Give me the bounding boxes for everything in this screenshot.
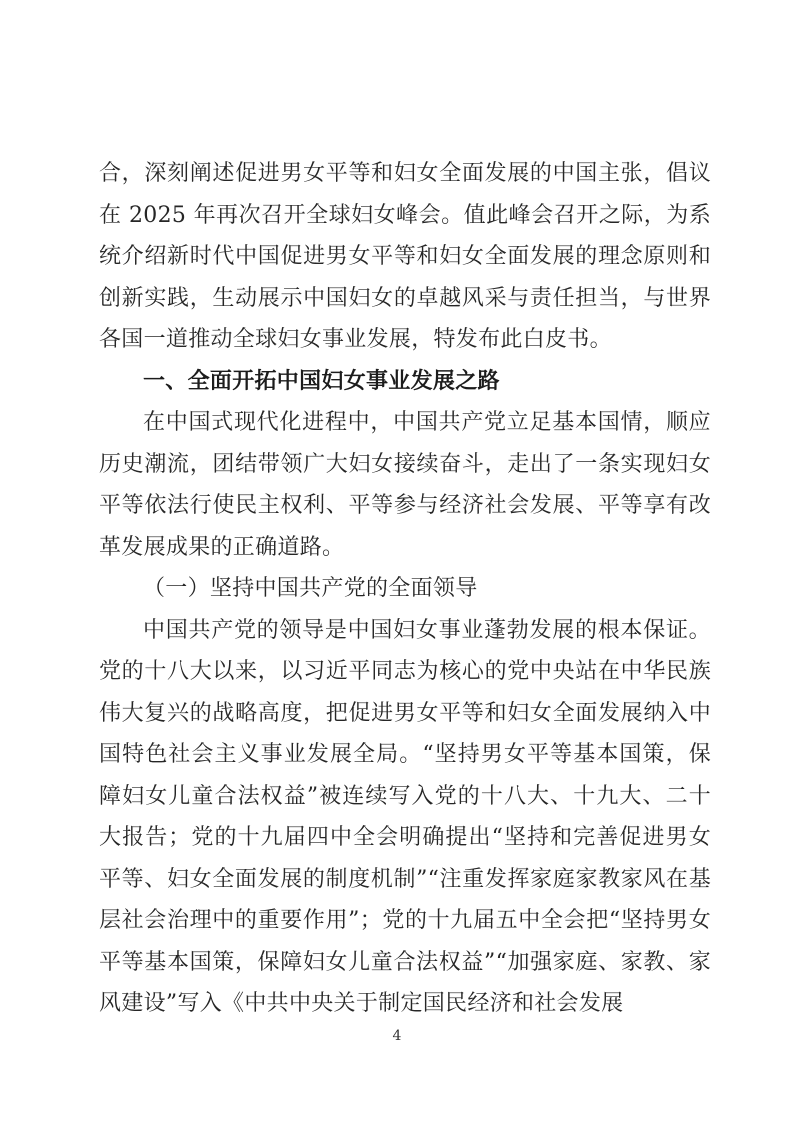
paragraph: 中国共产党的领导是中国妇女事业蓬勃发展的根本保证。党的十八大以来，以习近平同志为… (99, 610, 711, 1025)
document-body: 合，深刻阐述促进男女平等和妇女全面发展的中国主张，倡议在 2025 年再次召开全… (99, 153, 711, 1025)
subsection-heading: （一）坚持中国共产党的全面领导 (99, 568, 711, 610)
paragraph: 在中国式现代化进程中，中国共产党立足基本国情，顺应历史潮流，团结带领广大妇女接续… (99, 402, 711, 568)
document-page: 合，深刻阐述促进男女平等和妇女全面发展的中国主张，倡议在 2025 年再次召开全… (0, 0, 794, 1123)
continued-paragraph: 合，深刻阐述促进男女平等和妇女全面发展的中国主张，倡议在 2025 年再次召开全… (99, 153, 711, 361)
section-heading: 一、全面开拓中国妇女事业发展之路 (99, 361, 711, 403)
page-number: 4 (0, 1029, 794, 1043)
